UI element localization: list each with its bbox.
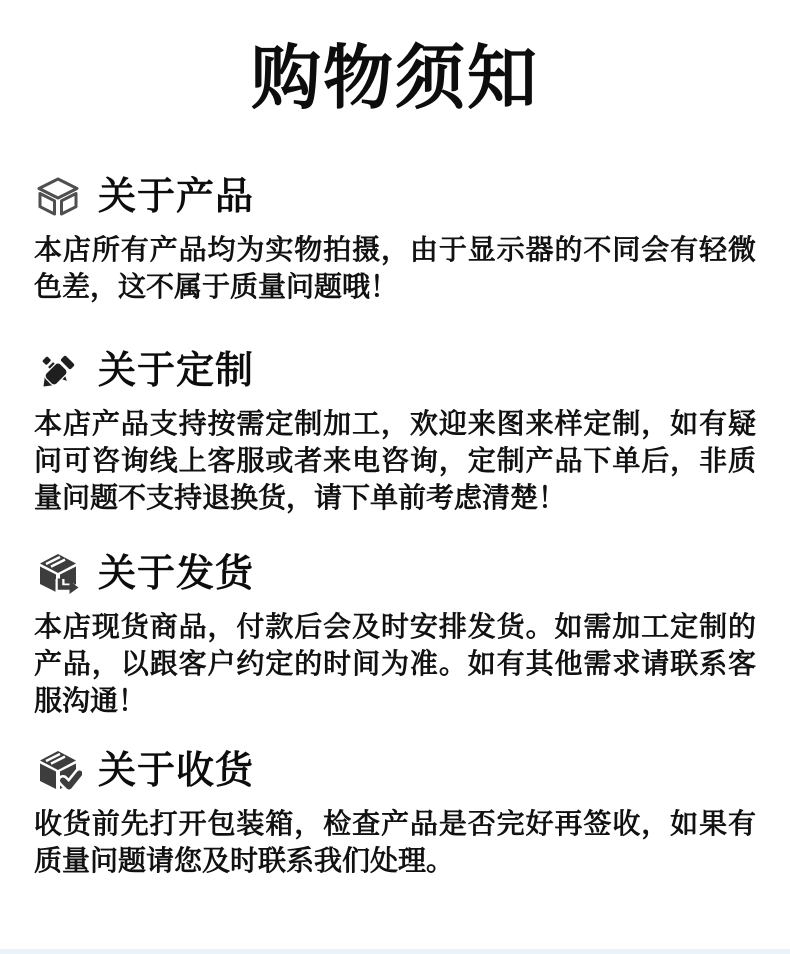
- section-about-shipping: 关于发货 本店现货商品，付款后会及时安排发货。如需加工定制的产品，以跟客户约定的…: [34, 551, 756, 720]
- section-about-customization: 关于定制 本店产品支持按需定制加工，欢迎来图来样定制，如有疑问可咨询线上客服或者…: [34, 348, 756, 517]
- pen-tools-icon: [34, 348, 82, 396]
- section-heading-row: 关于收货: [34, 748, 756, 796]
- section-body-text: 收货前先打开包装箱，检查产品是否完好再签收，如果有质量问题请您及时联系我们处理。: [34, 806, 756, 880]
- cube-outline-icon: [34, 174, 82, 222]
- page-title: 购物须知: [34, 42, 756, 118]
- section-body-text: 本店所有产品均为实物拍摄，由于显示器的不同会有轻微色差，这不属于质量问题哦！: [34, 232, 756, 306]
- section-about-product: 关于产品 本店所有产品均为实物拍摄，由于显示器的不同会有轻微色差，这不属于质量问…: [34, 174, 756, 306]
- notice-content: 购物须知 关于产品 本店所有产品均为实物拍摄，由于显示器的不同会有轻微色差，这不…: [0, 42, 790, 880]
- section-heading-row: 关于发货: [34, 551, 756, 599]
- section-heading: 关于产品: [98, 175, 254, 221]
- box-receive-check-icon: [34, 748, 82, 796]
- section-body-text: 本店现货商品，付款后会及时安排发货。如需加工定制的产品，以跟客户约定的时间为准。…: [34, 609, 756, 720]
- section-heading: 关于发货: [98, 552, 254, 598]
- section-heading: 关于收货: [98, 749, 254, 795]
- section-heading-row: 关于产品: [34, 174, 756, 222]
- shopping-notice-page: 购物须知 关于产品 本店所有产品均为实物拍摄，由于显示器的不同会有轻微色差，这不…: [0, 0, 790, 954]
- section-heading-row: 关于定制: [34, 348, 756, 396]
- section-body-text: 本店产品支持按需定制加工，欢迎来图来样定制，如有疑问可咨询线上客服或者来电咨询，…: [34, 406, 756, 517]
- section-about-receiving: 关于收货 收货前先打开包装箱，检查产品是否完好再签收，如果有质量问题请您及时联系…: [34, 748, 756, 880]
- bottom-accent-bar: [0, 949, 790, 954]
- box-shipping-arrow-icon: [34, 551, 82, 599]
- section-heading: 关于定制: [98, 349, 254, 395]
